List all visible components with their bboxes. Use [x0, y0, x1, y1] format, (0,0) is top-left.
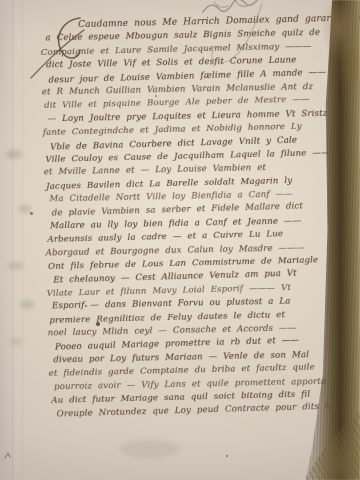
manuscript-photo: Caudamne nous Me Harrich Domailex gand g…	[0, 0, 360, 480]
binding-top-mottle	[316, 0, 360, 92]
ink-showthrough-smudge	[8, 262, 23, 270]
ink-showthrough-smudge	[18, 205, 31, 213]
ink-showthrough-smudge	[10, 338, 22, 345]
paper-fold-line	[12, 0, 13, 480]
paper-fold-line	[22, 0, 23, 480]
ink-showthrough-smudge	[6, 150, 22, 159]
text-block: Caudamne nous Me Harrich Domailex gand g…	[42, 14, 348, 423]
foxing-speck	[30, 212, 33, 215]
top-page-mark-scribble	[203, 0, 258, 12]
foxing-speck	[226, 455, 228, 457]
top-page-mark-scribble	[214, 1, 247, 7]
ink-showthrough-smudge	[20, 300, 34, 309]
paper-stain	[120, 440, 180, 458]
bottom-left-pen-mark	[5, 453, 10, 458]
